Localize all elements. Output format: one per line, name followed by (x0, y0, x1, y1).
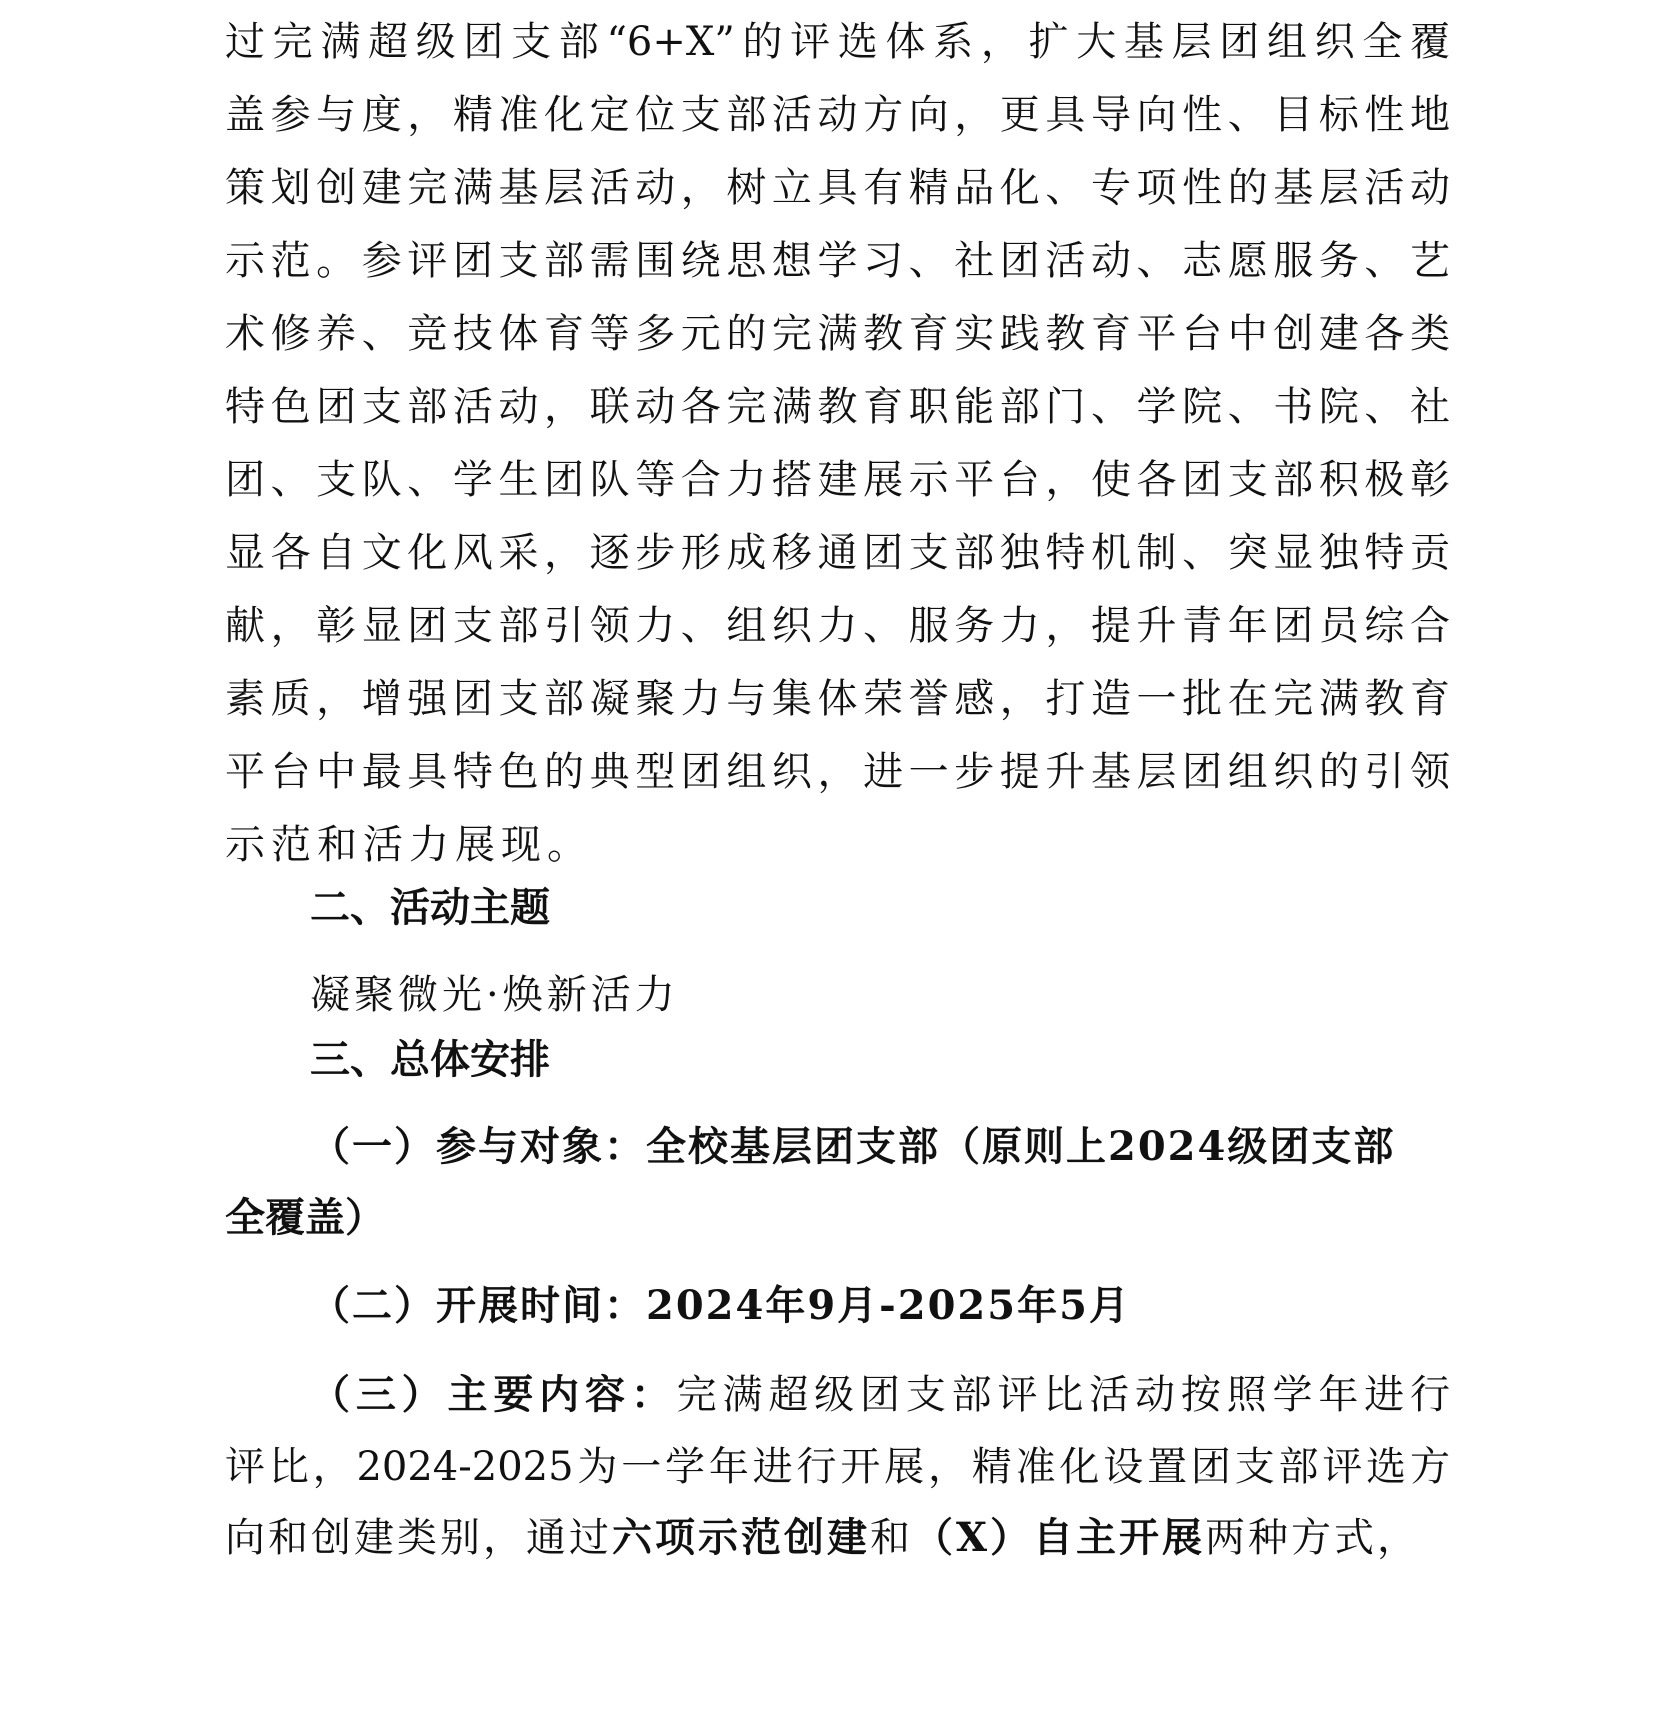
paragraph-line: 平台中最具特色的典型团组织，进一步提升基层团组织的引领 (225, 742, 1450, 802)
item-period-text: 2024年9月-2025年5月 (646, 1282, 1131, 1329)
paragraph-line: 献，彰显团支部引领力、组织力、服务力，提升青年团员综合 (225, 596, 1450, 656)
paragraph-line: 显各自文化风采，逐步形成移通团支部独特机制、突显独特贡 (225, 523, 1450, 583)
text-span: 两种方式， (1205, 1515, 1420, 1561)
paragraph-line: 盖参与度，精准化定位支部活动方向，更具导向性、目标性地 (225, 85, 1450, 145)
item-content-text: 完满超级团支部评比活动按照学年进行 (677, 1372, 1450, 1418)
paragraph-line: 特色团支部活动，联动各完满教育职能部门、学院、书院、社 (225, 377, 1450, 437)
item-content-label: （三）主要内容： (310, 1371, 677, 1418)
paragraph-line: 素质，增强团支部凝聚力与集体荣誉感，打造一批在完满教育 (225, 669, 1450, 729)
paragraph-line: 策划创建完满基层活动，树立具有精品化、专项性的基层活动 (225, 158, 1450, 218)
section-heading-arrangement: 三、总体安排 (310, 1030, 1450, 1090)
item-participants-label: （一）参与对象： (310, 1123, 646, 1170)
paragraph-line: 过完满超级团支部“6+X”的评选体系，扩大基层团组织全覆 (225, 12, 1450, 72)
item-content-line: 向和创建类别，通过六项示范创建和（X）自主开展两种方式， (225, 1508, 1450, 1568)
section-heading-theme: 二、活动主题 (310, 878, 1450, 938)
text-span: 和 (870, 1515, 913, 1561)
bold-span: （X）自主开展 (913, 1514, 1205, 1561)
activity-theme-text: 凝聚微光·焕新活力 (310, 965, 1450, 1025)
paragraph-line: 示范。参评团支部需围绕思想学习、社团活动、志愿服务、艺 (225, 231, 1450, 291)
bold-span: 六项示范创建 (612, 1514, 870, 1561)
item-content-line: 评比，2024-2025为一学年进行开展，精准化设置团支部评选方 (225, 1437, 1450, 1497)
paragraph-line: 术修养、竞技体育等多元的完满教育实践教育平台中创建各类 (225, 304, 1450, 364)
text-span: 向和创建类别，通过 (225, 1515, 612, 1561)
item-participants-text: 全校基层团支部（原则上2024级团支部 (646, 1123, 1395, 1170)
paragraph-line: 团、支队、学生团队等合力搭建展示平台，使各团支部积极彰 (225, 450, 1450, 510)
paragraph-line: 示范和活力展现。 (225, 815, 1450, 875)
item-period-label: （二）开展时间： (310, 1282, 646, 1329)
item-participants-continuation: 全覆盖） (225, 1188, 1450, 1248)
item-participants: （一）参与对象：全校基层团支部（原则上2024级团支部 (310, 1117, 1450, 1177)
item-content: （三）主要内容：完满超级团支部评比活动按照学年进行 (310, 1365, 1450, 1425)
item-period: （二）开展时间：2024年9月-2025年5月 (310, 1276, 1450, 1336)
